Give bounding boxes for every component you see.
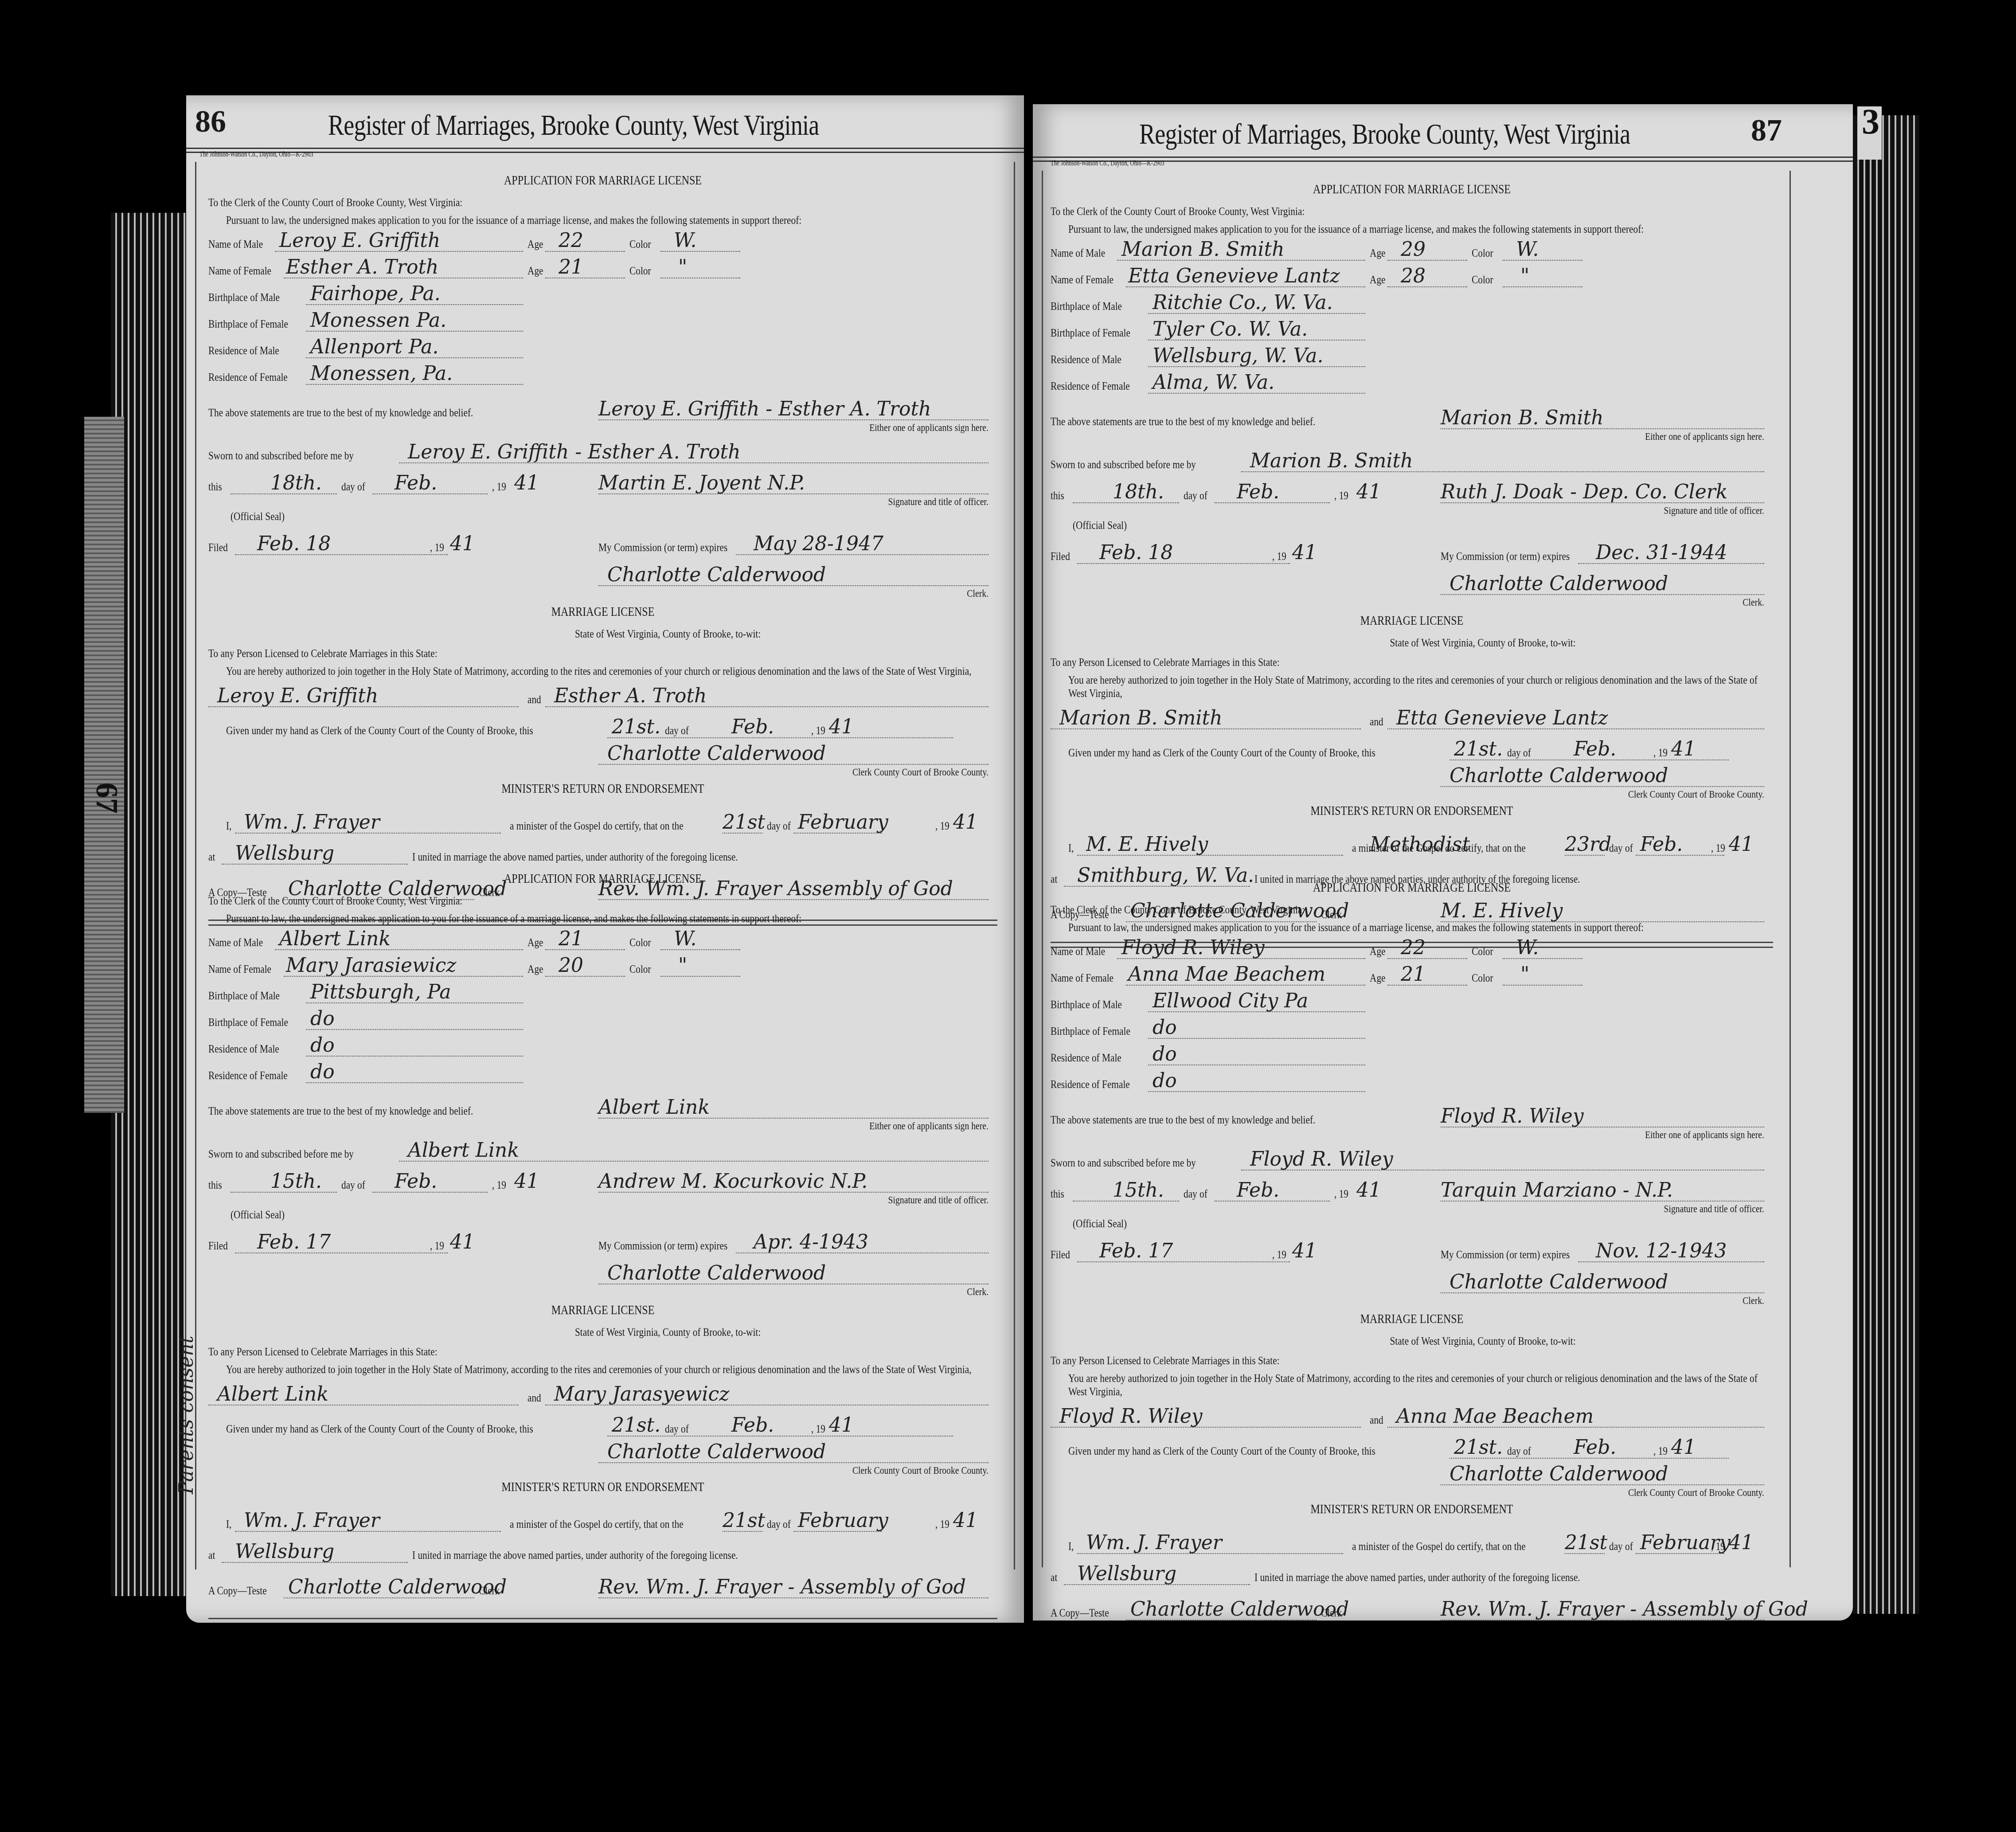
label-residence-female: Residence of Female (208, 371, 288, 384)
license-day-field[interactable]: 21st. (612, 716, 660, 738)
label-official-seal: (Official Seal) (231, 1208, 285, 1221)
form-row: Residence of MaleWellsburg, W. Va. (1051, 342, 1773, 369)
minister-name-field[interactable]: Wm. J. Frayer (1086, 1531, 1222, 1554)
license-year-field[interactable]: 41 (829, 1414, 854, 1437)
filed-date-field[interactable]: Feb. 17 (1099, 1240, 1173, 1262)
dotted-line (545, 949, 625, 950)
form-row: The above statements are true to the bes… (1051, 395, 1773, 431)
male-age-field[interactable]: 22 (1401, 936, 1426, 959)
sworn-month-field[interactable]: Feb. (395, 472, 437, 494)
filed-year-field[interactable]: 41 (450, 532, 475, 555)
birthplace-female-field[interactable]: do (1153, 1016, 1177, 1039)
form-row: FiledFeb. 18, 1941My Commission (or term… (1051, 535, 1773, 566)
commission-expires-field[interactable]: Nov. 12-1943 (1596, 1240, 1727, 1262)
clerk-county-court-caption: Clerk County Court of Brooke County. (349, 767, 988, 779)
form-row: Birthplace of FemaleTyler Co. W. Va. (1051, 316, 1773, 342)
clerk-caption: Clerk. (1179, 1295, 1764, 1307)
commission-expires-field[interactable]: Apr. 4-1943 (754, 1231, 868, 1253)
label-residence-male: Residence of Male (208, 344, 279, 357)
state-county-text: State of West Virginia, County of Brooke… (439, 1326, 897, 1339)
form-row: atWellsburgI united in marriage the abov… (208, 835, 997, 866)
minister-signature[interactable]: Rev. Wm. J. Frayer - Assembly of God (598, 1576, 966, 1598)
female-name-field[interactable]: Etta Genevieve Lantz (1128, 265, 1340, 287)
form-row: this18th.day ofFeb., 1941Martin E. Joyen… (208, 465, 997, 496)
form-row: A Copy—TesteCharlotte CalderwoodClerkRev… (208, 1565, 997, 1600)
filed-year-field[interactable]: 41 (1292, 541, 1317, 564)
female-color-field[interactable]: " (1520, 963, 1529, 986)
license-day-field[interactable]: 21st. (612, 1414, 660, 1437)
label-residence-female: Residence of Female (208, 1069, 288, 1082)
license-clerk-signature[interactable]: Charlotte Calderwood (1449, 764, 1668, 787)
label-year: , 19 (1711, 842, 1725, 855)
label-filed: Filed (208, 1239, 228, 1253)
minister-year-field[interactable]: 41 (953, 1509, 978, 1532)
residence-male-field[interactable]: Wellsburg, W. Va. (1153, 344, 1324, 367)
label-minister-certify: a minister of the Gospel do certify, tha… (510, 819, 684, 833)
form-row: Charlotte Calderwood (1051, 1460, 1773, 1487)
minister-month-field[interactable]: February (798, 1509, 888, 1532)
clerk-county-court-caption: Clerk County Court of Brooke County. (1179, 1487, 1764, 1499)
either-sign-caption: Either one of applicants sign here. (1179, 431, 1764, 443)
sworn-year-field[interactable]: 41 (514, 1170, 539, 1193)
female-color-field[interactable]: " (678, 954, 687, 977)
form-row: (Official Seal) (1051, 1215, 1773, 1233)
minister-heading: MINISTER'S RETURN OR ENDORSEMENT (287, 1480, 918, 1495)
minister-heading: MINISTER'S RETURN OR ENDORSEMENT (1123, 1502, 1701, 1517)
form-row: Birthplace of MaleFairhope, Pa. (208, 280, 997, 307)
label-day-of: day of (767, 1518, 791, 1531)
label-united: I united in marriage the above named par… (412, 850, 738, 864)
authorized-text: You are hereby authorized to join togeth… (226, 1363, 989, 1376)
label-filed: Filed (1051, 1248, 1070, 1261)
sworn-by-field[interactable]: Floyd R. Wiley (1250, 1148, 1393, 1170)
dotted-line (660, 278, 740, 278)
label-true-statement: The above statements are true to the bes… (1051, 1113, 1315, 1127)
license-female-field[interactable]: Esther A. Troth (554, 685, 707, 707)
sworn-month-field[interactable]: Feb. (1237, 1179, 1279, 1202)
license-female-field[interactable]: Mary Jarasyewicz (554, 1383, 729, 1405)
label-i: I, (1068, 842, 1074, 855)
license-male-field[interactable]: Floyd R. Wiley (1059, 1405, 1203, 1428)
dotted-line (545, 278, 625, 278)
birthplace-male-field[interactable]: Fairhope, Pa. (310, 282, 441, 305)
filed-year-field[interactable]: 41 (450, 1231, 475, 1253)
label-name-female: Name of Female (208, 264, 271, 278)
label-birthplace-female: Birthplace of Female (1051, 326, 1130, 340)
label-and: and (1370, 1413, 1383, 1427)
minister-month-field[interactable]: Feb. (1640, 833, 1683, 856)
sworn-day-field[interactable]: 18th. (1113, 481, 1164, 503)
dotted-line (1387, 260, 1467, 261)
license-female-field[interactable]: Anna Mae Beachem (1396, 1405, 1594, 1428)
minister-name-field[interactable]: M. E. Hively (1086, 833, 1208, 856)
clerk-caption: Clerk. (1179, 597, 1764, 609)
copy-teste-clerk-signature[interactable]: Charlotte Calderwood (1130, 1598, 1349, 1621)
residence-female-field[interactable]: Monessen, Pa. (310, 362, 453, 385)
male-age-field[interactable]: 29 (1401, 238, 1426, 261)
label-year: , 19 (492, 1178, 506, 1192)
label-year: , 19 (811, 724, 825, 737)
dotted-line (306, 1056, 523, 1057)
form-row: Marion B. SmithandEtta Genevieve Lantz (1051, 700, 1773, 731)
label-residence-male: Residence of Male (1051, 353, 1121, 366)
marriage-place-field[interactable]: Wellsburg (235, 842, 334, 865)
birthplace-male-field[interactable]: Ellwood City Pa (1153, 990, 1308, 1012)
label-and: and (1370, 715, 1383, 728)
dotted-line (1387, 958, 1467, 959)
filed-date-field[interactable]: Feb. 18 (257, 532, 331, 555)
residence-male-field[interactable]: Allenport Pa. (310, 336, 439, 358)
label-age: Age (527, 264, 543, 278)
marriage-record: APPLICATION FOR MARRIAGE LICENSETo the C… (208, 173, 997, 926)
label-year: , 19 (1334, 1187, 1348, 1201)
state-county-text: State of West Virginia, County of Brooke… (439, 627, 897, 641)
label-residence-female: Residence of Female (1051, 1078, 1130, 1091)
form-row: I,Wm. J. Frayera minister of the Gospel … (208, 1503, 997, 1534)
form-row: Sworn to and subscribed before me byLero… (208, 434, 997, 465)
form-row: Residence of Maledo (1051, 1041, 1773, 1067)
page-title: Register of Marriages, Brooke County, We… (1139, 117, 1630, 151)
form-row: Residence of MaleAllenport Pa. (208, 333, 997, 360)
label-color: Color (629, 963, 651, 976)
clerk-county-court-caption: Clerk County Court of Brooke County. (349, 1465, 988, 1477)
clerk-signature[interactable]: Charlotte Calderwood (607, 1262, 826, 1284)
form-row: FiledFeb. 17, 1941My Commission (or term… (1051, 1233, 1773, 1264)
license-heading: MARRIAGE LICENSE (287, 604, 918, 619)
residence-female-field[interactable]: Alma, W. Va. (1153, 371, 1274, 394)
birthplace-male-field[interactable]: Ritchie Co., W. Va. (1153, 291, 1333, 314)
officer-signature[interactable]: Ruth J. Doak - Dep. Co. Clerk (1441, 481, 1727, 503)
filed-date-field[interactable]: Feb. 18 (1099, 541, 1173, 564)
license-clerk-signature[interactable]: Charlotte Calderwood (607, 742, 826, 765)
female-age-field[interactable]: 28 (1401, 265, 1426, 287)
male-name-field[interactable]: Floyd R. Wiley (1121, 936, 1265, 959)
label-birthplace-female: Birthplace of Female (208, 317, 288, 331)
either-sign-caption: Either one of applicants sign here. (349, 1120, 988, 1132)
sworn-by-field[interactable]: Albert Link (408, 1139, 519, 1162)
dotted-line (306, 1029, 523, 1030)
applicant-signature[interactable]: Floyd R. Wiley (1441, 1105, 1584, 1127)
label-i: I, (226, 1518, 231, 1531)
application-heading: APPLICATION FOR MARRIAGE LICENSE (287, 871, 918, 886)
license-male-field[interactable]: Albert Link (217, 1383, 328, 1405)
register-page-87: 87Register of Marriages, Brooke County, … (1033, 104, 1853, 1621)
application-heading: APPLICATION FOR MARRIAGE LICENSE (287, 173, 918, 188)
clerk-signature[interactable]: Charlotte Calderwood (607, 564, 826, 586)
license-year-field[interactable]: 41 (1671, 1436, 1696, 1459)
license-day-field[interactable]: 21st. (1454, 738, 1503, 760)
clerk-signature[interactable]: Charlotte Calderwood (1449, 1271, 1668, 1293)
male-name-field[interactable]: Albert Link (279, 928, 391, 950)
license-month-field[interactable]: Feb. (1574, 1436, 1616, 1459)
male-color-field[interactable]: W. (674, 928, 697, 950)
to-any-person-text: To any Person Licensed to Celebrate Marr… (1051, 656, 1643, 669)
authorized-text: You are hereby authorized to join togeth… (1068, 1372, 1767, 1398)
form-row: Charlotte Calderwood (208, 740, 997, 767)
label-year: , 19 (492, 480, 506, 493)
to-any-person-text: To any Person Licensed to Celebrate Marr… (208, 1345, 856, 1358)
label-day-of: day of (341, 480, 365, 493)
label-day-of: day of (1184, 489, 1207, 502)
label-year: , 19 (811, 1422, 825, 1436)
marriage-place-field[interactable]: Wellsburg (235, 1540, 334, 1563)
authorized-text: You are hereby authorized to join togeth… (226, 665, 989, 678)
filed-date-field[interactable]: Feb. 17 (257, 1231, 331, 1253)
male-color-field[interactable]: W. (674, 229, 697, 252)
form-row: A Copy—TesteCharlotte CalderwoodClerkRev… (1051, 1587, 1773, 1621)
copy-teste-clerk-signature[interactable]: Charlotte Calderwood (288, 1576, 507, 1598)
male-color-field[interactable]: W. (1516, 238, 1539, 261)
license-year-field[interactable]: 41 (829, 716, 854, 738)
birthplace-female-field[interactable]: do (310, 1007, 335, 1030)
label-age: Age (527, 936, 543, 949)
form-row: Name of FemaleAnna Mae BeachemAge21Color… (1051, 961, 1773, 987)
label-given-under: Given under my hand as Clerk of the Coun… (226, 1422, 533, 1436)
label-name-female: Name of Female (1051, 971, 1113, 985)
male-age-field[interactable]: 21 (559, 928, 583, 950)
label-copy-teste: A Copy—Teste (208, 1584, 267, 1597)
applicant-signature[interactable]: Leroy E. Griffith - Esther A. Troth (598, 398, 931, 420)
form-row: this18th.day ofFeb., 1941Ruth J. Doak - … (1051, 474, 1773, 505)
form-row: Birthplace of MaleRitchie Co., W. Va. (1051, 289, 1773, 316)
dotted-line (545, 976, 625, 977)
label-day-of: day of (665, 1422, 689, 1436)
residence-female-field[interactable]: do (310, 1061, 335, 1083)
license-male-field[interactable]: Leroy E. Griffith (217, 685, 378, 707)
label-year: , 19 (430, 541, 444, 554)
minister-day-field[interactable]: 23rd (1565, 833, 1611, 856)
female-age-field[interactable]: 21 (559, 256, 583, 278)
female-age-field[interactable]: 20 (559, 954, 583, 977)
label-true-statement: The above statements are true to the bes… (208, 406, 473, 419)
form-row: Name of FemaleEsther A. TrothAge21Color" (208, 254, 997, 280)
form-row: The above statements are true to the bes… (1051, 1094, 1773, 1129)
label-color: Color (629, 238, 651, 251)
to-any-person-text: To any Person Licensed to Celebrate Marr… (1051, 1354, 1643, 1367)
dotted-line (1387, 985, 1467, 986)
form-row: Given under my hand as Clerk of the Coun… (208, 709, 997, 740)
minister-day-field[interactable]: 21st (723, 1509, 765, 1532)
license-day-field[interactable]: 21st. (1454, 1436, 1503, 1459)
signature-title-caption: Signature and title of officer. (349, 1194, 988, 1206)
page-number: 87 (1751, 113, 1782, 149)
label-year: , 19 (1334, 489, 1348, 502)
male-age-field[interactable]: 22 (559, 229, 583, 252)
sworn-month-field[interactable]: Feb. (395, 1170, 437, 1193)
minister-day-field[interactable]: 21st (1565, 1531, 1607, 1554)
marriage-place-field[interactable]: Wellsburg (1077, 1562, 1176, 1585)
label-name-female: Name of Female (1051, 273, 1113, 286)
label-age: Age (1370, 971, 1386, 985)
label-sworn: Sworn to and subscribed before me by (208, 449, 354, 462)
label-residence-male: Residence of Male (208, 1042, 279, 1056)
dotted-line (1148, 1038, 1365, 1039)
label-and: and (527, 693, 541, 706)
index-tab-number-left: 67 (89, 783, 124, 814)
license-clerk-signature[interactable]: Charlotte Calderwood (1449, 1463, 1668, 1485)
form-row: Birthplace of MalePittsburgh, Pa (208, 979, 997, 1005)
form-row: Residence of FemaleMonessen, Pa. (208, 360, 997, 387)
label-name-female: Name of Female (208, 963, 271, 976)
commission-expires-field[interactable]: May 28-1947 (754, 532, 883, 555)
sworn-day-field[interactable]: 18th. (270, 472, 322, 494)
applicant-signature[interactable]: Albert Link (598, 1096, 710, 1119)
label-filed: Filed (1051, 550, 1070, 563)
either-sign-caption: Either one of applicants sign here. (1179, 1129, 1764, 1141)
label-minister-certify: a minister of the Gospel do certify, tha… (510, 1518, 684, 1531)
label-day-of: day of (1507, 746, 1531, 759)
form-row: Floyd R. WileyandAnna Mae Beachem (1051, 1398, 1773, 1429)
form-row: Birthplace of MaleEllwood City Pa (1051, 987, 1773, 1014)
sworn-by-field[interactable]: Leroy E. Griffith - Esther A. Troth (408, 441, 741, 463)
minister-heading: MINISTER'S RETURN OR ENDORSEMENT (1123, 803, 1701, 818)
label-this: this (1051, 489, 1064, 502)
male-name-field[interactable]: Leroy E. Griffith (279, 229, 440, 252)
label-sworn: Sworn to and subscribed before me by (208, 1147, 354, 1161)
female-color-field[interactable]: " (678, 256, 687, 278)
license-year-field[interactable]: 41 (1671, 738, 1696, 760)
label-day-of: day of (341, 1178, 365, 1192)
minister-year-field[interactable]: 41 (1729, 833, 1754, 856)
clerk-signature[interactable]: Charlotte Calderwood (1449, 572, 1668, 595)
birthplace-female-field[interactable]: Monessen Pa. (310, 309, 446, 332)
residence-female-field[interactable]: do (1153, 1069, 1177, 1092)
form-row: I,Wm. J. Frayera minister of the Gospel … (1051, 1525, 1773, 1556)
label-true-statement: The above statements are true to the bes… (1051, 415, 1315, 428)
minister-year-field[interactable]: 41 (953, 811, 978, 834)
label-name-male: Name of Male (208, 238, 263, 251)
form-row: Leroy E. GriffithandEsther A. Troth (208, 678, 997, 709)
form-row: Name of MaleMarion B. SmithAge29ColorW. (1051, 236, 1773, 262)
officer-signature[interactable]: Tarquin Marziano - N.P. (1441, 1179, 1673, 1202)
minister-name-field[interactable]: Wm. J. Frayer (244, 811, 380, 834)
dotted-line (1503, 985, 1582, 986)
label-day-of: day of (1507, 1444, 1531, 1458)
label-year: , 19 (1653, 746, 1668, 759)
label-commission: My Commission (or term) expires (1441, 1248, 1570, 1261)
label-day-of: day of (1609, 1540, 1633, 1553)
officer-signature[interactable]: Martin E. Joyent N.P. (598, 472, 805, 494)
sworn-year-field[interactable]: 41 (1356, 1179, 1381, 1202)
label-birthplace-male: Birthplace of Male (1051, 300, 1122, 313)
form-row: Albert LinkandMary Jarasyewicz (208, 1376, 997, 1407)
clerk-caption: Clerk. (349, 588, 988, 600)
female-name-field[interactable]: Mary Jarasiewicz (286, 954, 457, 977)
form-row: I,Wm. J. Frayera minister of the Gospel … (208, 804, 997, 835)
page-header: 87Register of Marriages, Brooke County, … (1033, 104, 1853, 171)
form-row: Charlotte Calderwood (1051, 566, 1773, 597)
license-month-field[interactable]: Feb. (731, 716, 774, 738)
form-row: Sworn to and subscribed before me byMari… (1051, 443, 1773, 474)
label-at: at (208, 1549, 215, 1562)
label-official-seal: (Official Seal) (1073, 519, 1127, 532)
license-month-field[interactable]: Feb. (731, 1414, 774, 1437)
minister-year-field[interactable]: 41 (1729, 1531, 1754, 1554)
residence-male-field[interactable]: do (310, 1034, 335, 1057)
form-row: Name of MaleLeroy E. GriffithAge22ColorW… (208, 227, 997, 254)
dotted-line (1503, 286, 1582, 287)
female-name-field[interactable]: Anna Mae Beachem (1128, 963, 1325, 986)
label-clerk: Clerk (1321, 1606, 1342, 1620)
label-sworn: Sworn to and subscribed before me by (1051, 1156, 1196, 1170)
either-sign-caption: Either one of applicants sign here. (349, 422, 988, 434)
residence-male-field[interactable]: do (1153, 1043, 1177, 1065)
filed-year-field[interactable]: 41 (1292, 1240, 1317, 1262)
label-and: and (527, 1391, 541, 1405)
male-name-field[interactable]: Marion B. Smith (1121, 238, 1284, 261)
pursuant-text: Pursuant to law, the undersigned makes a… (226, 214, 859, 227)
index-tab-left (84, 417, 124, 1113)
sworn-day-field[interactable]: 15th. (270, 1170, 322, 1193)
dotted-line (1148, 1065, 1365, 1065)
minister-month-field[interactable]: February (798, 811, 888, 834)
female-name-field[interactable]: Esther A. Troth (286, 256, 438, 278)
label-united: I united in marriage the above named par… (1254, 1571, 1580, 1584)
label-given-under: Given under my hand as Clerk of the Coun… (1068, 1444, 1375, 1458)
form-row: Given under my hand as Clerk of the Coun… (208, 1407, 997, 1438)
clerk-caption: Clerk. (349, 1286, 988, 1298)
form-row: Charlotte Calderwood (208, 1438, 997, 1465)
sworn-day-field[interactable]: 15th. (1113, 1179, 1164, 1202)
dotted-line (1503, 260, 1582, 261)
label-birthplace-male: Birthplace of Male (1051, 998, 1122, 1011)
applicant-signature[interactable]: Marion B. Smith (1441, 407, 1603, 429)
label-this: this (208, 480, 222, 493)
male-color-field[interactable]: W. (1516, 936, 1539, 959)
minister-signature[interactable]: Rev. Wm. J. Frayer - Assembly of God (1441, 1598, 1808, 1621)
form-row: this15th.day ofFeb., 1941Tarquin Marzian… (1051, 1172, 1773, 1203)
sworn-month-field[interactable]: Feb. (1237, 481, 1279, 503)
officer-signature[interactable]: Andrew M. Kocurkovic N.P. (598, 1170, 867, 1193)
dotted-line (306, 1082, 523, 1083)
page-edge-stack-right (1853, 115, 1919, 1614)
label-color: Color (629, 936, 651, 949)
label-commission: My Commission (or term) expires (1441, 550, 1570, 563)
female-age-field[interactable]: 21 (1401, 963, 1426, 986)
label-given-under: Given under my hand as Clerk of the Coun… (226, 724, 533, 737)
sworn-year-field[interactable]: 41 (1356, 481, 1381, 503)
minister-name-field[interactable]: Wm. J. Frayer (244, 1509, 380, 1532)
form-row: Residence of Femaledo (1051, 1067, 1773, 1094)
label-copy-teste: A Copy—Teste (1051, 1606, 1109, 1620)
license-month-field[interactable]: Feb. (1574, 738, 1616, 760)
sworn-by-field[interactable]: Marion B. Smith (1250, 450, 1413, 472)
license-male-field[interactable]: Marion B. Smith (1059, 707, 1222, 729)
minister-heading: MINISTER'S RETURN OR ENDORSEMENT (287, 781, 918, 796)
license-clerk-signature[interactable]: Charlotte Calderwood (607, 1441, 826, 1463)
label-given-under: Given under my hand as Clerk of the Coun… (1068, 746, 1375, 759)
label-age: Age (1370, 247, 1386, 260)
label-birthplace-male: Birthplace of Male (208, 291, 280, 304)
label-sworn: Sworn to and subscribed before me by (1051, 458, 1196, 471)
license-female-field[interactable]: Etta Genevieve Lantz (1396, 707, 1608, 729)
female-color-field[interactable]: " (1520, 265, 1529, 287)
birthplace-male-field[interactable]: Pittsburgh, Pa (310, 981, 451, 1003)
sworn-year-field[interactable]: 41 (514, 472, 539, 494)
marriage-record: APPLICATION FOR MARRIAGE LICENSETo the C… (1051, 182, 1773, 948)
label-birthplace-female: Birthplace of Female (208, 1016, 288, 1029)
page-number: 86 (195, 104, 226, 140)
application-heading: APPLICATION FOR MARRIAGE LICENSE (1123, 880, 1701, 895)
form-row: FiledFeb. 18, 1941My Commission (or term… (208, 526, 997, 557)
label-color: Color (1472, 273, 1493, 286)
birthplace-female-field[interactable]: Tyler Co. W. Va. (1153, 318, 1308, 341)
minister-day-field[interactable]: 21st (723, 811, 765, 834)
label-name-male: Name of Male (1051, 945, 1105, 958)
label-year: , 19 (1272, 550, 1286, 563)
label-color: Color (1472, 945, 1493, 958)
commission-expires-field[interactable]: Dec. 31-1944 (1596, 541, 1727, 564)
